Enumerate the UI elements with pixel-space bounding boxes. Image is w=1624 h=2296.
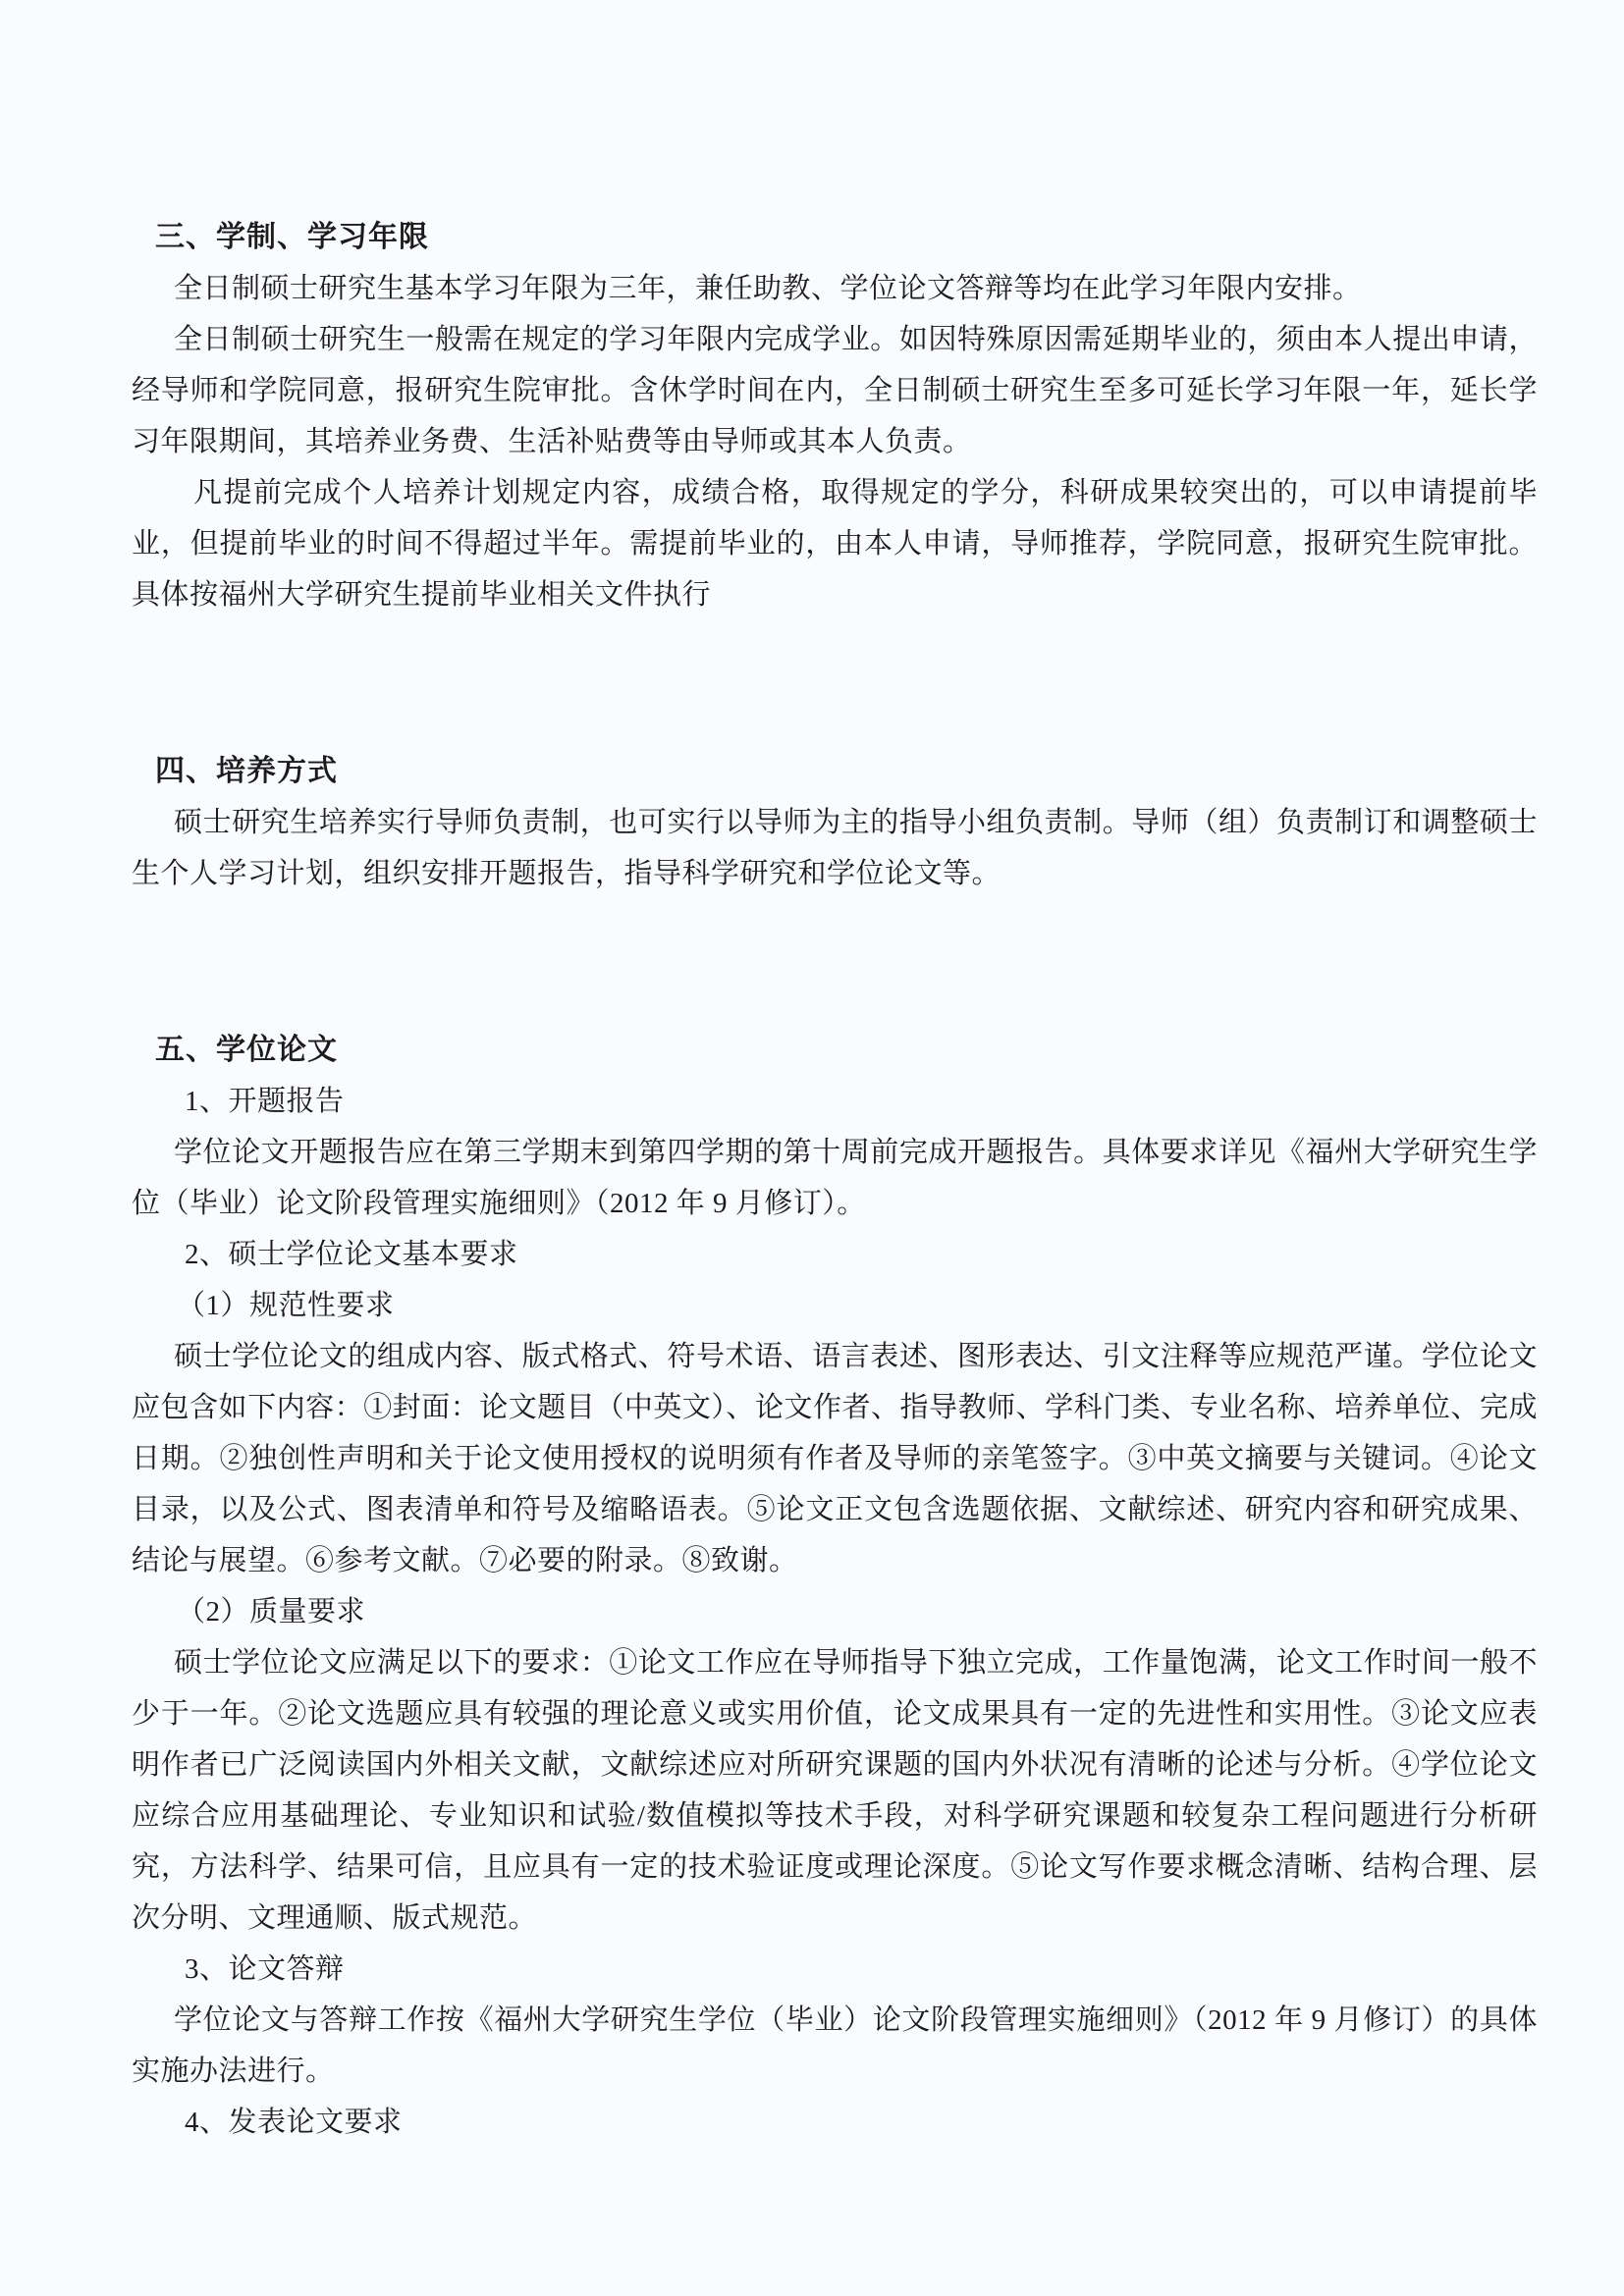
- item-thesis-basic-requirements-title: 2、硕士学位论文基本要求: [132, 1229, 1538, 1280]
- section-heading-degree-thesis: 五、学位论文: [155, 1025, 1538, 1076]
- para-basic-study-period: 全日制硕士研究生基本学习年限为三年，兼任助教、学位论文答辩等均在此学习年限内安排…: [132, 263, 1538, 314]
- para-supervisor-responsibility: 硕士研究生培养实行导师负责制，也可实行以导师为主的指导小组负责制。导师（组）负责…: [132, 797, 1538, 899]
- para-normative-requirements: 硕士学位论文的组成内容、版式格式、符号术语、语言表述、图形表达、引文注释等应规范…: [132, 1331, 1538, 1586]
- para-extension-rules: 全日制硕士研究生一般需在规定的学习年限内完成学业。如因特殊原因需延期毕业的，须由…: [132, 314, 1538, 467]
- section-degree-thesis: 五、学位论文 1、开题报告 学位论文开题报告应在第三学期末到第四学期的第十周前完…: [132, 1025, 1538, 2148]
- para-proposal-report: 学位论文开题报告应在第三学期末到第四学期的第十周前完成开题报告。具体要求详见《福…: [132, 1127, 1538, 1229]
- section-heading-study-duration: 三、学制、学习年限: [155, 212, 1538, 263]
- document-page: 三、学制、学习年限 全日制硕士研究生基本学习年限为三年，兼任助教、学位论文答辩等…: [0, 0, 1624, 2296]
- para-quality-requirements: 硕士学位论文应满足以下的要求：①论文工作应在导师指导下独立完成，工作量饱满，论文…: [132, 1637, 1538, 1944]
- item-normative-requirements-title: （1）规范性要求: [132, 1280, 1538, 1331]
- item-proposal-report-title: 1、开题报告: [132, 1076, 1538, 1127]
- item-thesis-defense-title: 3、论文答辩: [132, 1944, 1538, 1995]
- para-thesis-defense: 学位论文与答辩工作按《福州大学研究生学位（毕业）论文阶段管理实施细则》（2012…: [132, 1995, 1538, 2097]
- para-early-graduation: 凡提前完成个人培养计划规定内容，成绩合格，取得规定的学分，科研成果较突出的，可以…: [132, 467, 1538, 620]
- section-gap-1: [132, 620, 1538, 746]
- section-heading-training-mode: 四、培养方式: [155, 746, 1538, 797]
- section-gap-2: [132, 899, 1538, 1025]
- section-study-duration: 三、学制、学习年限 全日制硕士研究生基本学习年限为三年，兼任助教、学位论文答辩等…: [132, 212, 1538, 620]
- item-publication-requirements-title: 4、发表论文要求: [132, 2097, 1538, 2148]
- section-training-mode: 四、培养方式 硕士研究生培养实行导师负责制，也可实行以导师为主的指导小组负责制。…: [132, 746, 1538, 899]
- item-quality-requirements-title: （2）质量要求: [132, 1586, 1538, 1637]
